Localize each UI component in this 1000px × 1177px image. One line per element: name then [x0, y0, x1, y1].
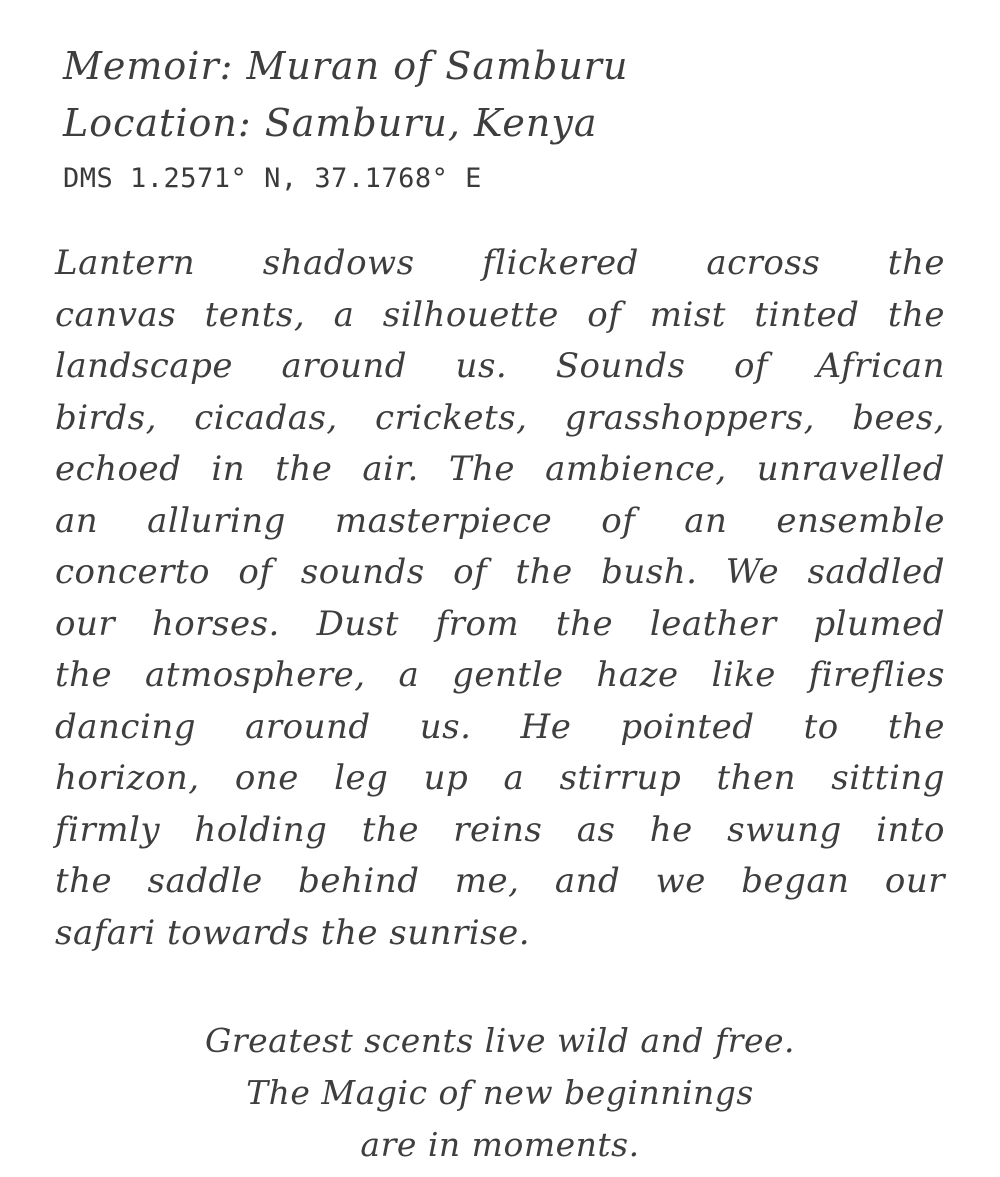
closing-quote: Greatest scents live wild and free.The M… [55, 1015, 945, 1171]
memoir-body-line: echoed in the air. The ambience, unravel… [55, 444, 945, 496]
memoir-header: Memoir: Muran of Samburu Location: Sambu… [63, 38, 945, 202]
memoir-page: Memoir: Muran of Samburu Location: Sambu… [0, 0, 1000, 1177]
dms-coordinates-line: DMS 1.2571° N, 37.1768° E [63, 156, 945, 202]
memoir-body-line: safari towards the sunrise. [55, 908, 945, 960]
memoir-body-line: horizon, one leg up a stirrup then sitti… [55, 753, 945, 805]
memoir-body-line: landscape around us. Sounds of African [55, 341, 945, 393]
closing-quote-line: Greatest scents live wild and free. [55, 1015, 945, 1067]
memoir-body-line: firmly holding the reins as he swung int… [55, 805, 945, 857]
memoir-body-paragraph: Lantern shadows flickered across thecanv… [55, 238, 945, 959]
memoir-body-line: an alluring masterpiece of an ensemble [55, 496, 945, 548]
memoir-body-line: the saddle behind me, and we began our [55, 856, 945, 908]
memoir-body-line: birds, cicadas, crickets, grasshoppers, … [55, 393, 945, 445]
memoir-body-line: our horses. Dust from the leather plumed [55, 599, 945, 651]
memoir-body-line: Lantern shadows flickered across the [55, 238, 945, 290]
memoir-body-line: the atmosphere, a gentle haze like firef… [55, 650, 945, 702]
location-line: Location: Samburu, Kenya [63, 95, 945, 152]
memoir-title-line: Memoir: Muran of Samburu [63, 38, 945, 95]
closing-quote-line: The Magic of new beginnings [55, 1067, 945, 1119]
closing-quote-line: are in moments. [55, 1119, 945, 1171]
memoir-body-line: canvas tents, a silhouette of mist tinte… [55, 290, 945, 342]
memoir-body-line: concerto of sounds of the bush. We saddl… [55, 547, 945, 599]
memoir-body-line: dancing around us. He pointed to the [55, 702, 945, 754]
